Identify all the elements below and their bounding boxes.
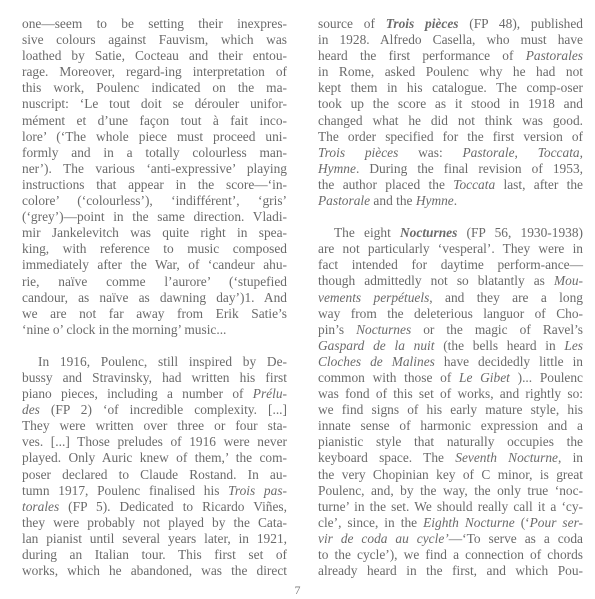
text-line: tumn 1917, Poulenc finalised his Trois p… (22, 483, 287, 499)
text-run: . (454, 193, 457, 208)
text-run: changed what he did not think was good. (318, 113, 583, 128)
text-line: we find signs of his early mature style,… (318, 402, 583, 418)
text-run: (FP 48), published (458, 16, 583, 31)
italic-text: Hymne (416, 193, 454, 208)
text-run: common with those of (318, 370, 459, 385)
italic-text: torales (22, 499, 59, 514)
text-line: turne’ in the set. We should really call… (318, 499, 583, 515)
text-line: rie, naïve comme l’aurore’ (‘stupefied (22, 274, 287, 290)
paragraph-trois-pieces: source of Trois pièces (FP 48), publishe… (318, 16, 583, 209)
italic-text: Hymne (318, 161, 356, 176)
italic-text: Trois pièces (318, 145, 398, 160)
text-line: immediately after the War, of ‘candeur a… (22, 257, 287, 273)
text-run: in Rome, asked Poulenc why he had not (318, 64, 583, 79)
paragraph-poulenc-colourless: one—seem to be setting their inexpres-si… (22, 16, 287, 338)
text-line: took up the score as it stood in 1918 an… (318, 96, 583, 112)
text-line: bussy and Stravinsky, had written his fi… (22, 370, 287, 386)
text-run: and the (370, 193, 416, 208)
text-run: piano pieces, including a number of (22, 386, 253, 401)
text-run: The eight (334, 225, 400, 240)
text-line: des (FP 2) ‘of incredible complexity. [.… (22, 402, 287, 418)
text-run: , in (558, 450, 583, 465)
text-run: , (580, 145, 583, 160)
text-line: Cloches de Malines have decidedly little… (318, 354, 583, 370)
text-run: was fond of this set of works, and right… (318, 386, 583, 401)
text-line: They were written over three or four sta… (22, 418, 287, 434)
text-line: mir Jankelevitch was quite right in spea… (22, 225, 287, 241)
text-line: source of Trois pièces (FP 48), publishe… (318, 16, 583, 32)
work-title-bold: Nocturnes (400, 225, 457, 240)
text-run: nuscript: ‘Le tout doit se dérouler unif… (22, 96, 287, 111)
text-line: one—seem to be setting their inexpres- (22, 16, 287, 32)
text-run: rage. Moreover, regard-ing interpretatio… (22, 64, 287, 79)
text-run: loathed by Satie, Cocteau and their ento… (22, 48, 287, 63)
left-column: one—seem to be setting their inexpres-si… (22, 16, 287, 579)
text-run: king, with reference to music composed (22, 241, 287, 256)
text-run: instructions that appear in the score—‘i… (22, 177, 287, 192)
text-run: we are not far away from Erik Satie’s (22, 306, 287, 321)
text-run: source of (318, 16, 386, 31)
text-run: during an Italian tour. This first set o… (22, 547, 287, 562)
text-run: heard the first performance of (318, 48, 526, 63)
italic-text: Prélu- (253, 386, 287, 401)
text-line: ner’). The various ‘anti-expressive’ pla… (22, 161, 287, 177)
text-run: are not particularly ‘vesperal’. They we… (318, 241, 583, 256)
text-run: cle’, since, in the (318, 515, 423, 530)
text-line: the very Chopinian key of C minor, is gr… (318, 467, 583, 483)
text-run: . During the final revision of 1953, (356, 161, 583, 176)
italic-text: Toccata (538, 145, 580, 160)
text-line: loathed by Satie, Cocteau and their ento… (22, 48, 287, 64)
italic-text: Les (564, 338, 583, 353)
text-run: ves. [...] Those preludes of 1916 were n… (22, 434, 287, 449)
text-run: rie, naïve comme l’aurore’ (‘stupefied (22, 274, 287, 289)
text-line: this work, Poulenc indicated on the ma- (22, 80, 287, 96)
text-run: (‘ (515, 515, 530, 530)
italic-text: Nocturnes (356, 322, 411, 337)
text-line: mément et d’une façon tout à fait inco- (22, 113, 287, 129)
text-run: (FP 5). Dedicated to Ricardo Viñes, (59, 499, 287, 514)
text-run: innate sense of harmonic expression and … (318, 418, 583, 433)
italic-text: Pour ser- (530, 515, 583, 530)
paragraph-gap (318, 209, 583, 225)
paragraph-nocturnes: The eight Nocturnes (FP 56, 1930-1938)ar… (318, 225, 583, 579)
text-line: works, which he abandoned, was the direc… (22, 563, 287, 579)
right-column: source of Trois pièces (FP 48), publishe… (318, 16, 583, 579)
italic-text: Le Gibet (459, 370, 510, 385)
text-line: lan pianist until several years later, i… (22, 531, 287, 547)
text-run: already heard in the first, and which Po… (318, 563, 583, 578)
italic-text: Trois pas- (228, 483, 287, 498)
text-line: poser declared to Claude Rostand. In au- (22, 467, 287, 483)
text-line: vir de coda au cycle’—‘To serve as a cod… (318, 531, 583, 547)
text-line: they were probably not played by the Cat… (22, 515, 287, 531)
paragraph-gap (22, 338, 287, 354)
text-run: to the cycle’), we find a connection of … (318, 547, 583, 562)
page-number: 7 (0, 582, 595, 598)
text-run: kept them in his catalogue. The comp-ose… (318, 80, 583, 95)
text-line: colore’ (‘colourless’), ‘indifférent’, ‘… (22, 193, 287, 209)
text-run: (FP 56, 1930-1938) (457, 225, 583, 240)
text-line: The eight Nocturnes (FP 56, 1930-1938) (318, 225, 583, 241)
text-line: already heard in the first, and which Po… (318, 563, 583, 579)
text-line: The order specified for the first versio… (318, 129, 583, 145)
text-run: this work, Poulenc indicated on the ma- (22, 80, 287, 95)
text-run: keyboard space. The (318, 450, 455, 465)
text-run: (FP 2) ‘of incredible complexity. [...] (40, 402, 287, 417)
text-run: the author placed the (318, 177, 453, 192)
italic-text: Seventh Nocturne (455, 450, 558, 465)
text-line: cle’, since, in the Eighth Nocturne (‘Po… (318, 515, 583, 531)
text-run: (the bells heard in (434, 338, 564, 353)
text-line: though admittedly not so blatantly as Mo… (318, 273, 583, 289)
text-line: Gaspard de la nuit (the bells heard in L… (318, 338, 583, 354)
italic-text: Cloches de Malines (318, 354, 435, 369)
text-run: mément et d’une façon tout à fait inco- (22, 113, 287, 128)
text-line: ‘nine o’ clock in the morning’ music... (22, 322, 287, 338)
text-line: played. Only Auric knew of them,’ the co… (22, 450, 287, 466)
text-run: in 1928. Alfredo Casella, who must have (318, 32, 583, 47)
text-run: bussy and Stravinsky, had written his fi… (22, 370, 287, 385)
text-run: immediately after the War, of ‘candeur a… (22, 257, 287, 272)
booklet-page: one—seem to be setting their inexpres-si… (0, 0, 595, 599)
text-run: (‘grey’)—point in the same direction. Vl… (22, 209, 287, 224)
text-line: way from the deleterious languor of Cho- (318, 306, 583, 322)
italic-text: Gaspard de la nuit (318, 338, 434, 353)
text-run: works, which he abandoned, was the direc… (22, 563, 287, 578)
text-run: the very Chopinian key of C minor, is gr… (318, 467, 583, 482)
text-line: fact intended for daytime perform-ance— (318, 257, 583, 273)
italic-text: Eighth Nocturne (423, 515, 515, 530)
text-line: pianistic style that naturally occupies … (318, 434, 583, 450)
text-run: colore’ (‘colourless’), ‘indifférent’, ‘… (22, 193, 287, 208)
text-line: was fond of this set of works, and right… (318, 386, 583, 402)
text-run: sive colours against Fauvism, which was (22, 32, 287, 47)
text-line: nuscript: ‘Le tout doit se dérouler unif… (22, 96, 287, 112)
italic-text: Mou- (554, 273, 583, 288)
italic-text: Toccata (453, 177, 495, 192)
text-line: piano pieces, including a number of Prél… (22, 386, 287, 402)
italic-text: Pastorale (462, 145, 514, 160)
text-run: poser declared to Claude Rostand. In au- (22, 467, 287, 482)
text-run: way from the deleterious languor of Cho- (318, 306, 583, 321)
text-run: have decidedly little in (435, 354, 583, 369)
text-line: (‘grey’)—point in the same direction. Vl… (22, 209, 287, 225)
text-line: we are not far away from Erik Satie’s (22, 306, 287, 322)
text-line: in 1928. Alfredo Casella, who must have (318, 32, 583, 48)
text-run: Poulenc, and, by the way, the only true … (318, 483, 583, 498)
text-line: torales (FP 5). Dedicated to Ricardo Viñ… (22, 499, 287, 515)
text-run: was: (398, 145, 462, 160)
text-line: kept them in his catalogue. The comp-ose… (318, 80, 583, 96)
text-run: In 1916, Poulenc, still inspired by De- (38, 354, 287, 369)
text-run: lore’ (‘The whole piece must proceed uni… (22, 129, 287, 144)
text-run: turne’ in the set. We should really call… (318, 499, 583, 514)
text-line: vements perpétuels, and they are a long (318, 290, 583, 306)
text-line: common with those of Le Gibet )... Poule… (318, 370, 583, 386)
text-run: or the magic of Ravel’s (411, 322, 583, 337)
text-run: The order specified for the first versio… (318, 129, 583, 144)
italic-text: des (22, 402, 40, 417)
italic-text: Pastorales (526, 48, 583, 63)
text-line: keyboard space. The Seventh Nocturne, in (318, 450, 583, 466)
text-run: played. Only Auric knew of them,’ the co… (22, 450, 287, 465)
text-line: pin’s Nocturnes or the magic of Ravel’s (318, 322, 583, 338)
text-run: fact intended for daytime perform-ance— (318, 257, 583, 272)
text-run: last, after the (495, 177, 583, 192)
text-run: one—seem to be setting their inexpres- (22, 16, 287, 31)
italic-text: Pastorale (318, 193, 370, 208)
text-line: formly and in a totally colourless man- (22, 145, 287, 161)
text-run: ner’). The various ‘anti-expressive’ pla… (22, 161, 287, 176)
text-line: king, with reference to music composed (22, 241, 287, 257)
text-run: pin’s (318, 322, 356, 337)
text-run: we find signs of his early mature style,… (318, 402, 583, 417)
text-run: took up the score as it stood in 1918 an… (318, 96, 583, 111)
italic-text: vements perpétuels (318, 290, 429, 305)
italic-text: vir de coda au cycle’ (318, 531, 449, 546)
text-line: In 1916, Poulenc, still inspired by De- (22, 354, 287, 370)
text-line: ves. [...] Those preludes of 1916 were n… (22, 434, 287, 450)
text-line: rage. Moreover, regard-ing interpretatio… (22, 64, 287, 80)
text-line: changed what he did not think was good. (318, 113, 583, 129)
text-line: to the cycle’), we find a connection of … (318, 547, 583, 563)
text-line: during an Italian tour. This first set o… (22, 547, 287, 563)
text-run: though admittedly not so blatantly as (318, 273, 554, 288)
text-line: sive colours against Fauvism, which was (22, 32, 287, 48)
text-line: Pastorale and the Hymne. (318, 193, 583, 209)
text-line: the author placed the Toccata last, afte… (318, 177, 583, 193)
text-run: tumn 1917, Poulenc finalised his (22, 483, 228, 498)
text-line: Hymne. During the final revision of 1953… (318, 161, 583, 177)
work-title-bold: Trois pièces (386, 16, 459, 31)
text-line: innate sense of harmonic expression and … (318, 418, 583, 434)
text-run: they were probably not played by the Cat… (22, 515, 287, 530)
text-run: , (515, 145, 538, 160)
text-run: mir Jankelevitch was quite right in spea… (22, 225, 287, 240)
text-run: )... Poulenc (510, 370, 583, 385)
text-run: —‘To serve as a coda (449, 531, 583, 546)
text-run: , and they are a long (429, 290, 583, 305)
text-run: They were written over three or four sta… (22, 418, 287, 433)
text-line: in Rome, asked Poulenc why he had not (318, 64, 583, 80)
text-run: formly and in a totally colourless man- (22, 145, 287, 160)
text-line: instructions that appear in the score—‘i… (22, 177, 287, 193)
text-run: pianistic style that naturally occupies … (318, 434, 583, 449)
text-line: are not particularly ‘vesperal’. They we… (318, 241, 583, 257)
paragraph-1916-preludes: In 1916, Poulenc, still inspired by De-b… (22, 354, 287, 579)
text-line: candour, as naïve as dawning day’)1. And (22, 290, 287, 306)
text-line: Poulenc, and, by the way, the only true … (318, 483, 583, 499)
text-run: lan pianist until several years later, i… (22, 531, 287, 546)
text-line: heard the first performance of Pastorale… (318, 48, 583, 64)
text-line: Trois pièces was: Pastorale, Toccata, (318, 145, 583, 161)
text-line: lore’ (‘The whole piece must proceed uni… (22, 129, 287, 145)
text-run: ‘nine o’ clock in the morning’ music... (22, 322, 226, 337)
text-run: candour, as naïve as dawning day’)1. And (22, 290, 287, 305)
